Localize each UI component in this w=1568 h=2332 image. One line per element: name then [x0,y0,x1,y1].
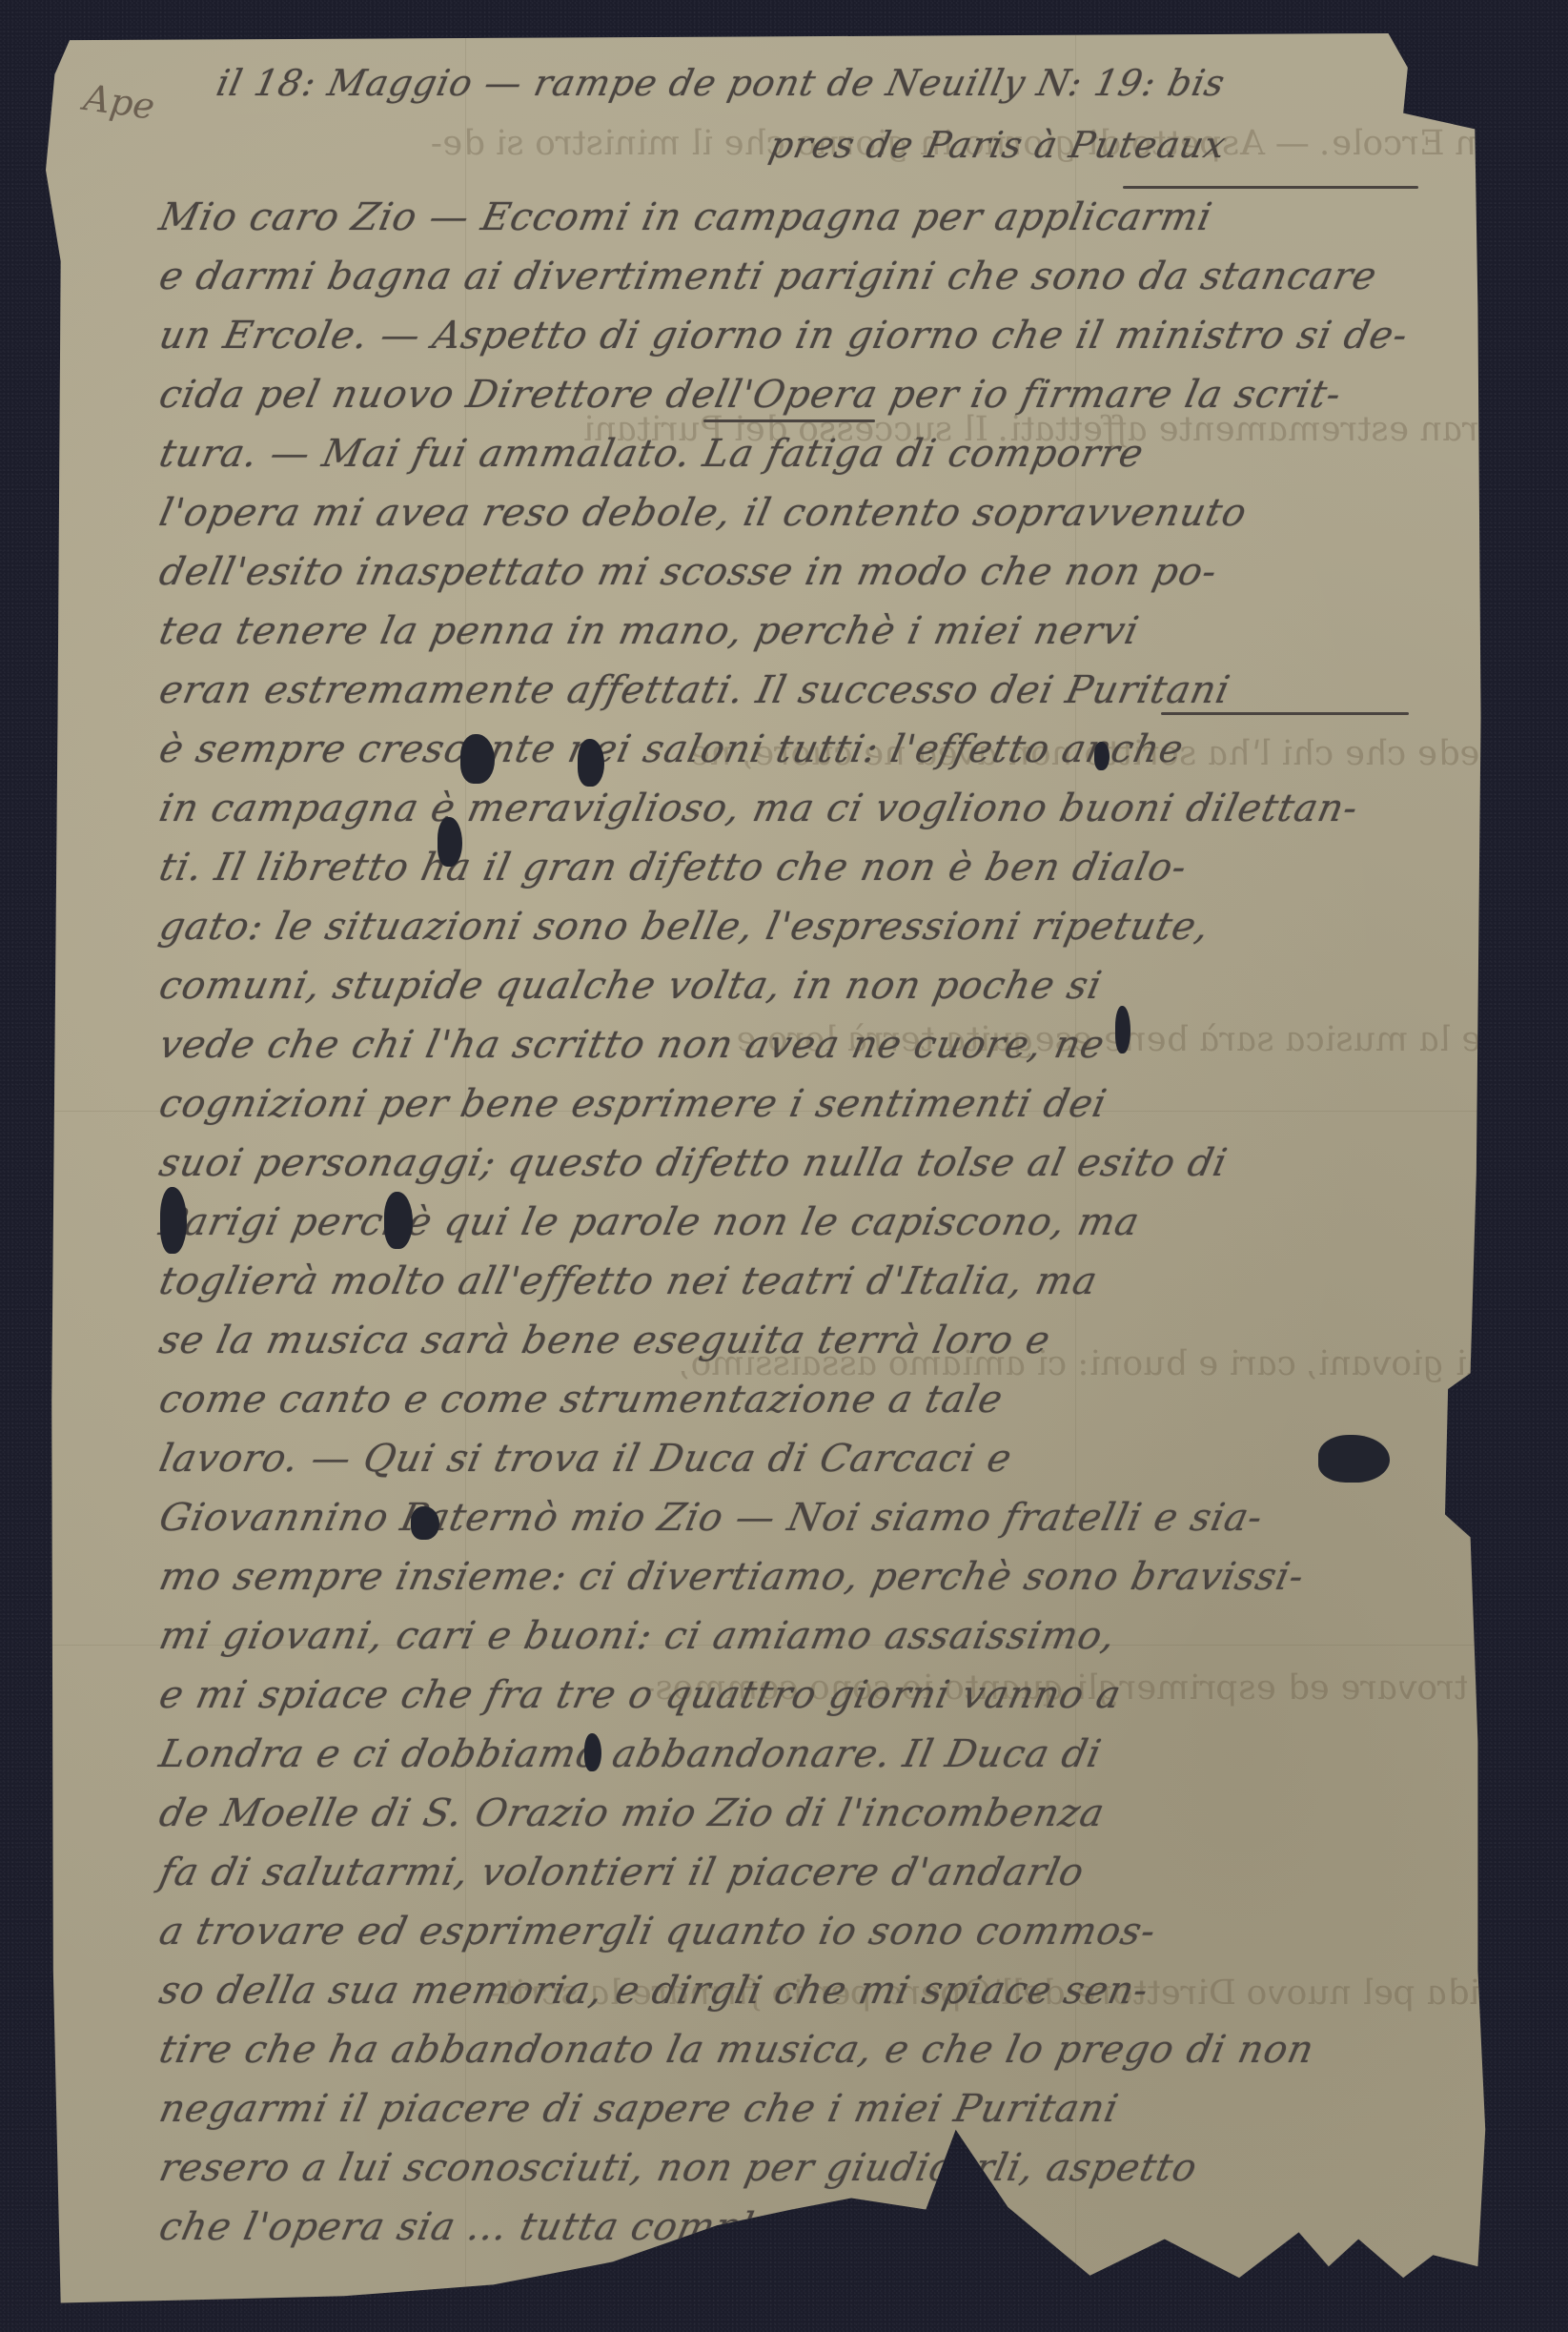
letter-line: che l'opera sia ... tutta completa per .… [155,2205,1504,2249]
letter-line: in campagna è meraviglioso, ma ci voglio… [155,787,1504,830]
letter-line: cognizioni per bene esprimere i sentimen… [155,1082,1504,1126]
ink-blot [411,1506,439,1540]
letter-line: cida pel nuovo Direttore dell'Opera per … [155,373,1504,417]
letter-line: fa di salutarmi, volontieri il piacere d… [155,1851,1504,1894]
letter-line: dell'esito inaspettato mi scosse in modo… [155,550,1504,594]
letter-line: Londra e ci dobbiamo abbandonare. Il Duc… [155,1732,1504,1776]
letter-line: de Moelle di S. Orazio mio Zio di l'inco… [155,1791,1504,1835]
ink-blot [438,817,462,867]
underline [703,419,875,422]
letter-line: toglierà molto all'effetto nei teatri d'… [155,1259,1504,1303]
letter-line: tire che ha abbandonato la musica, e che… [155,2028,1504,2072]
letter-line: un Ercole. — Aspetto di giorno in giorno… [155,314,1504,358]
letter-line: tea tenere la penna in mano, perchè i mi… [155,609,1504,653]
letter-line: eran estremamente affettati. Il successo… [155,668,1504,712]
letter-line: e mi spiace che fra tre o quattro giorni… [155,1673,1504,1717]
letter-line: l'opera mi avea reso debole, il contento… [155,491,1504,535]
letter-line: so della sua memoria, e dirgli che mi sp… [155,1969,1504,2013]
ink-blot [384,1192,413,1249]
letter-line: comuni, stupide qualche volta, in non po… [155,964,1504,1008]
ink-blot [1318,1435,1390,1483]
letter-line: Giovannino Paternò mio Zio — Noi siamo f… [155,1496,1504,1540]
letter-line: è sempre crescente nei saloni tutti: l'e… [155,727,1504,771]
letter-line: mo sempre insieme: ci divertiamo, perchè… [155,1555,1504,1599]
ink-blot [1094,742,1110,770]
header-line: il 18: Maggio — rampe de pont de Neuilly… [213,62,1503,104]
underline [1123,186,1418,189]
ink-blot [460,734,495,784]
header-line: pres de Paris à Puteaux [765,124,1503,166]
letter-line: vede che chi l'ha scritto non avea ne cu… [155,1023,1504,1067]
letter-page: un Ercole. — Aspetto di giorno in giorno… [46,33,1537,2312]
letter-line: gato: le situazioni sono belle, l'espres… [155,905,1504,949]
ink-blot [584,1733,601,1771]
letter-line: negarmi il piacere di sapere che i miei … [155,2087,1504,2131]
letter-line: e darmi bagna ai divertimenti parigini c… [155,255,1504,298]
letter-line: Parigi perchè qui le parole non le capis… [155,1200,1504,1244]
ink-blot [578,739,604,787]
letter-line: lavoro. — Qui si trova il Duca di Carcac… [155,1437,1504,1481]
ink-blot [160,1187,187,1254]
ink-blot [1115,1006,1130,1053]
letter-line: se la musica sarà bene eseguita terrà lo… [155,1319,1504,1362]
underline [1161,712,1409,715]
letter-line: ti. Il libretto ha il gran difetto che n… [155,846,1504,890]
letter-line: tura. — Mai fui ammalato. La fatiga di c… [155,432,1504,476]
letter-line: suoi personaggi; questo difetto nulla to… [155,1141,1504,1185]
letter-line: Mio caro Zio — Eccomi in campagna per ap… [155,195,1504,239]
letter-line: a trovare ed esprimergli quanto io sono … [155,1910,1504,1954]
letter-line: come canto e come strumentazione a tale [155,1378,1504,1422]
letter-line: mi giovani, cari e buoni: ci amiamo assa… [155,1614,1504,1658]
letter-line: resero a lui sconosciuti, non per giudic… [155,2146,1504,2190]
margin-note: Ape [81,76,157,128]
